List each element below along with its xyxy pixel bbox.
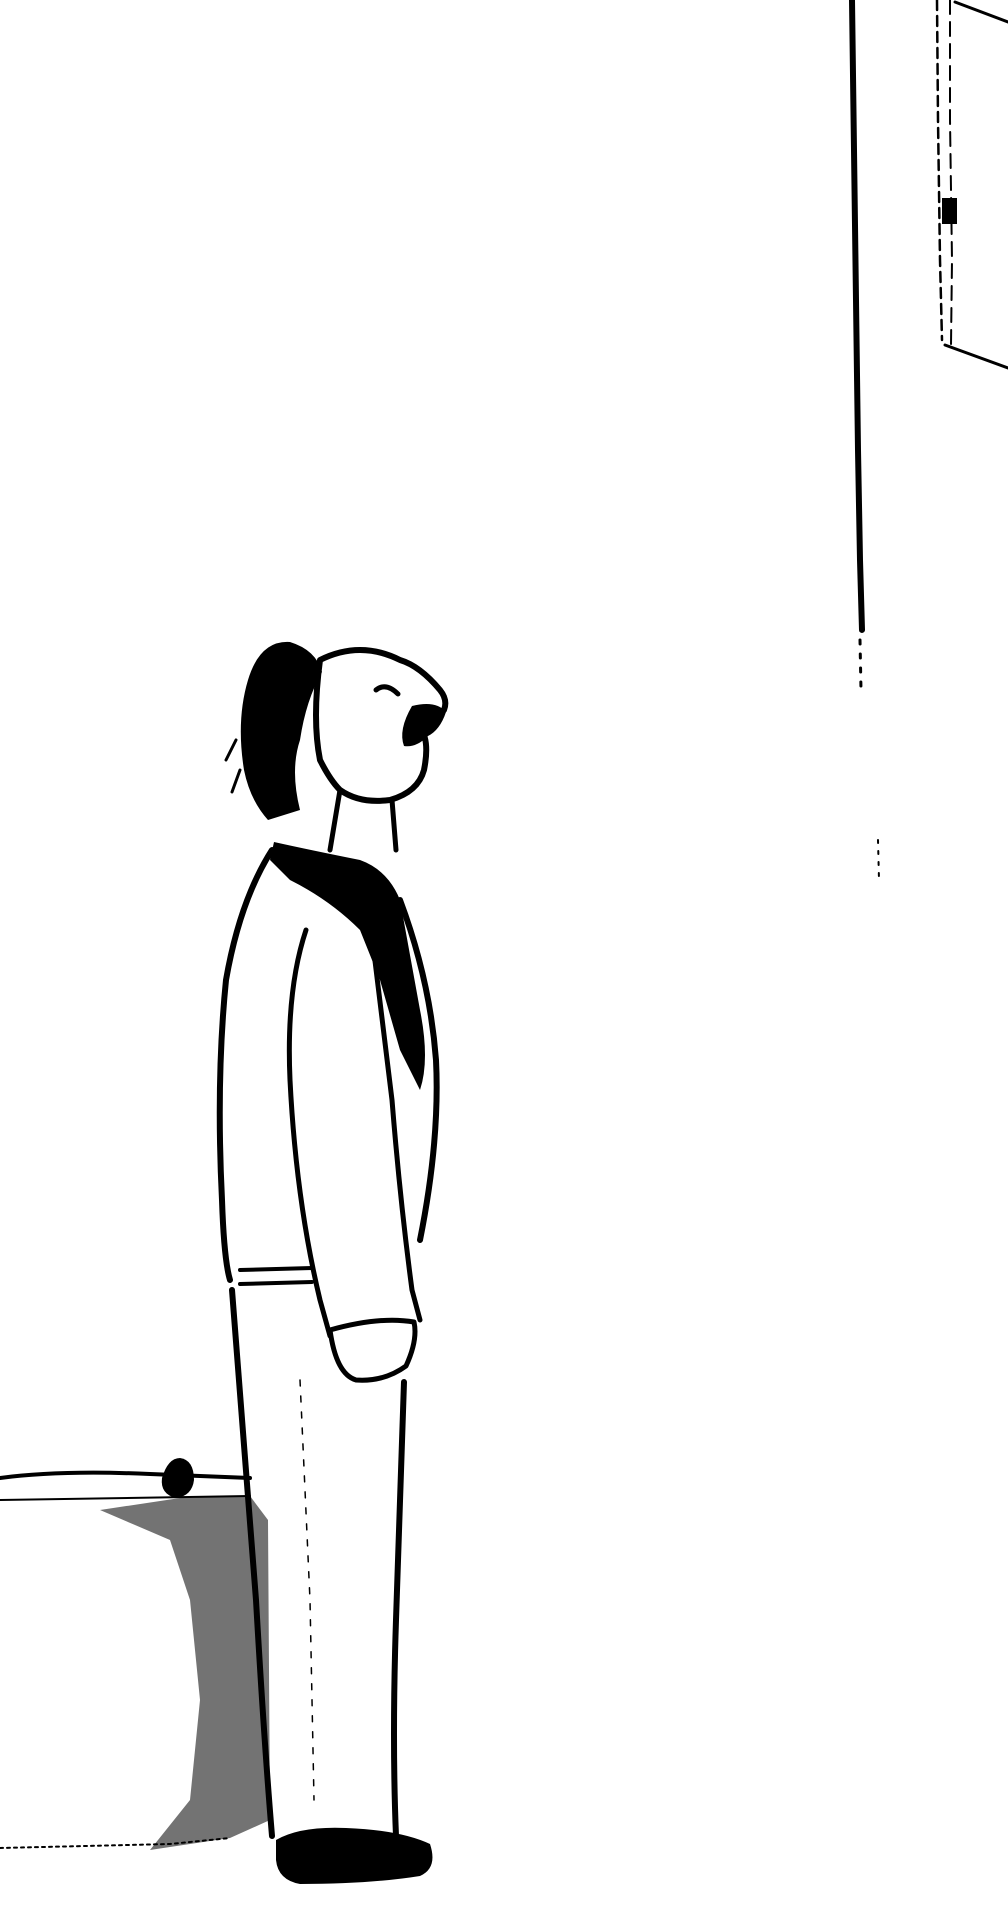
table-edge (0, 1473, 270, 1850)
sketch-drawing (0, 0, 1008, 1932)
small-object-on-table (162, 1458, 194, 1498)
door-frame (852, 0, 1008, 880)
door-handle (942, 198, 957, 224)
sketch-canvas: Pencil sketch of a man looking up at a d… (0, 0, 1008, 1932)
